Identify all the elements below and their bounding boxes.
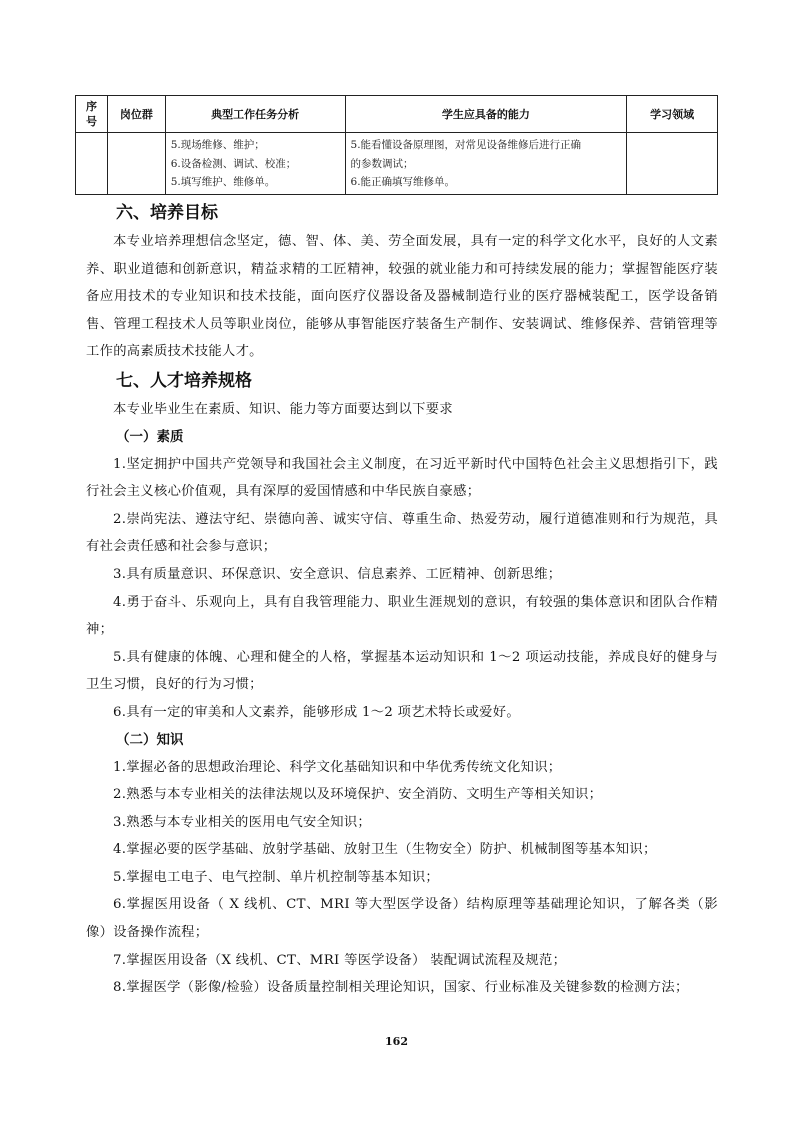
knowledge-item: 2.熟悉与本专业相关的法律法规以及环境保护、安全消防、文明生产等相关知识；: [86, 781, 718, 809]
ability-line: 6.能正确填写维修单。: [351, 173, 622, 192]
subsection-heading-knowledge: （二）知识: [86, 727, 718, 754]
quality-item: 3.具有质量意识、环保意识、安全意识、信息素养、工匠精神、创新思维；: [86, 561, 718, 589]
document-body: 六、培养目标 本专业培养理想信念坚定，德、智、体、美、劳全面发展，具有一定的科学…: [86, 198, 718, 1002]
table-header-row: 序号 岗位群 典型工作任务分析 学生应具备的能力 学习领域: [76, 96, 718, 133]
job-analysis-table: 序号 岗位群 典型工作任务分析 学生应具备的能力 学习领域 5.现场维修、维护；…: [75, 95, 718, 195]
quality-item: 6.具有一定的审美和人文素养，能够形成 1～2 项艺术特长或爱好。: [86, 699, 718, 727]
cell-index: [76, 133, 108, 195]
header-typical-tasks: 典型工作任务分析: [165, 96, 345, 133]
knowledge-item: 8.掌握医学（影像/检验）设备质量控制相关理论知识，国家、行业标准及关键参数的检…: [86, 974, 718, 1002]
task-line: 5.填写维护、维修单。: [171, 173, 340, 192]
cell-job-group: [107, 133, 165, 195]
quality-item: 4.勇于奋斗、乐观向上，具有自我管理能力、职业生涯规划的意识，有较强的集体意识和…: [86, 589, 718, 644]
document-page: 序号 岗位群 典型工作任务分析 学生应具备的能力 学习领域 5.现场维修、维护；…: [0, 0, 793, 1122]
cell-tasks: 5.现场维修、维护； 6.设备检测、调试、校准； 5.填写维护、维修单。: [165, 133, 345, 195]
quality-item: 2.崇尚宪法、遵法守纪、崇德向善、诚实守信、尊重生命、热爱劳动，履行道德准则和行…: [86, 506, 718, 561]
knowledge-item: 3.熟悉与本专业相关的医用电气安全知识；: [86, 809, 718, 837]
section-heading-talent-specs: 七、人才培养规格: [86, 366, 718, 396]
header-index: 序号: [76, 96, 108, 133]
knowledge-item: 6.掌握医用设备（ X 线机、CT、MRI 等大型医学设备）结构原理等基础理论知…: [86, 891, 718, 946]
cell-abilities: 5.能看懂设备原理图，对常见设备维修后进行正确 的参数调试； 6.能正确填写维修…: [345, 133, 627, 195]
quality-item: 1.坚定拥护中国共产党领导和我国社会主义制度，在习近平新时代中国特色社会主义思想…: [86, 451, 718, 506]
knowledge-item: 4.掌握必要的医学基础、放射学基础、放射卫生（生物安全）防护、机械制图等基本知识…: [86, 836, 718, 864]
task-line: 5.现场维修、维护；: [171, 136, 340, 155]
knowledge-item: 7.掌握医用设备（X 线机、CT、MRI 等医学设备） 装配调试流程及规范；: [86, 947, 718, 975]
task-line: 6.设备检测、调试、校准；: [171, 155, 340, 174]
ability-line: 5.能看懂设备原理图，对常见设备维修后进行正确: [351, 136, 622, 155]
cell-learning-domain: [627, 133, 718, 195]
ability-line: 的参数调试；: [351, 155, 622, 174]
training-goals-paragraph: 本专业培养理想信念坚定，德、智、体、美、劳全面发展，具有一定的科学文化水平，良好…: [86, 228, 718, 366]
header-learning-domain: 学习领域: [627, 96, 718, 133]
knowledge-item: 1.掌握必备的思想政治理论、科学文化基础知识和中华优秀传统文化知识；: [86, 754, 718, 782]
quality-item: 5.具有健康的体魄、心理和健全的人格，掌握基本运动知识和 1～2 项运动技能，养…: [86, 644, 718, 699]
header-job-group: 岗位群: [107, 96, 165, 133]
page-number: 162: [0, 1035, 793, 1048]
header-abilities: 学生应具备的能力: [345, 96, 627, 133]
table-row: 5.现场维修、维护； 6.设备检测、调试、校准； 5.填写维护、维修单。 5.能…: [76, 133, 718, 195]
talent-specs-intro: 本专业毕业生在素质、知识、能力等方面要达到以下要求: [86, 396, 718, 424]
subsection-heading-qualities: （一）素质: [86, 424, 718, 451]
section-heading-training-goals: 六、培养目标: [86, 198, 718, 228]
knowledge-item: 5.掌握电工电子、电气控制、单片机控制等基本知识；: [86, 864, 718, 892]
